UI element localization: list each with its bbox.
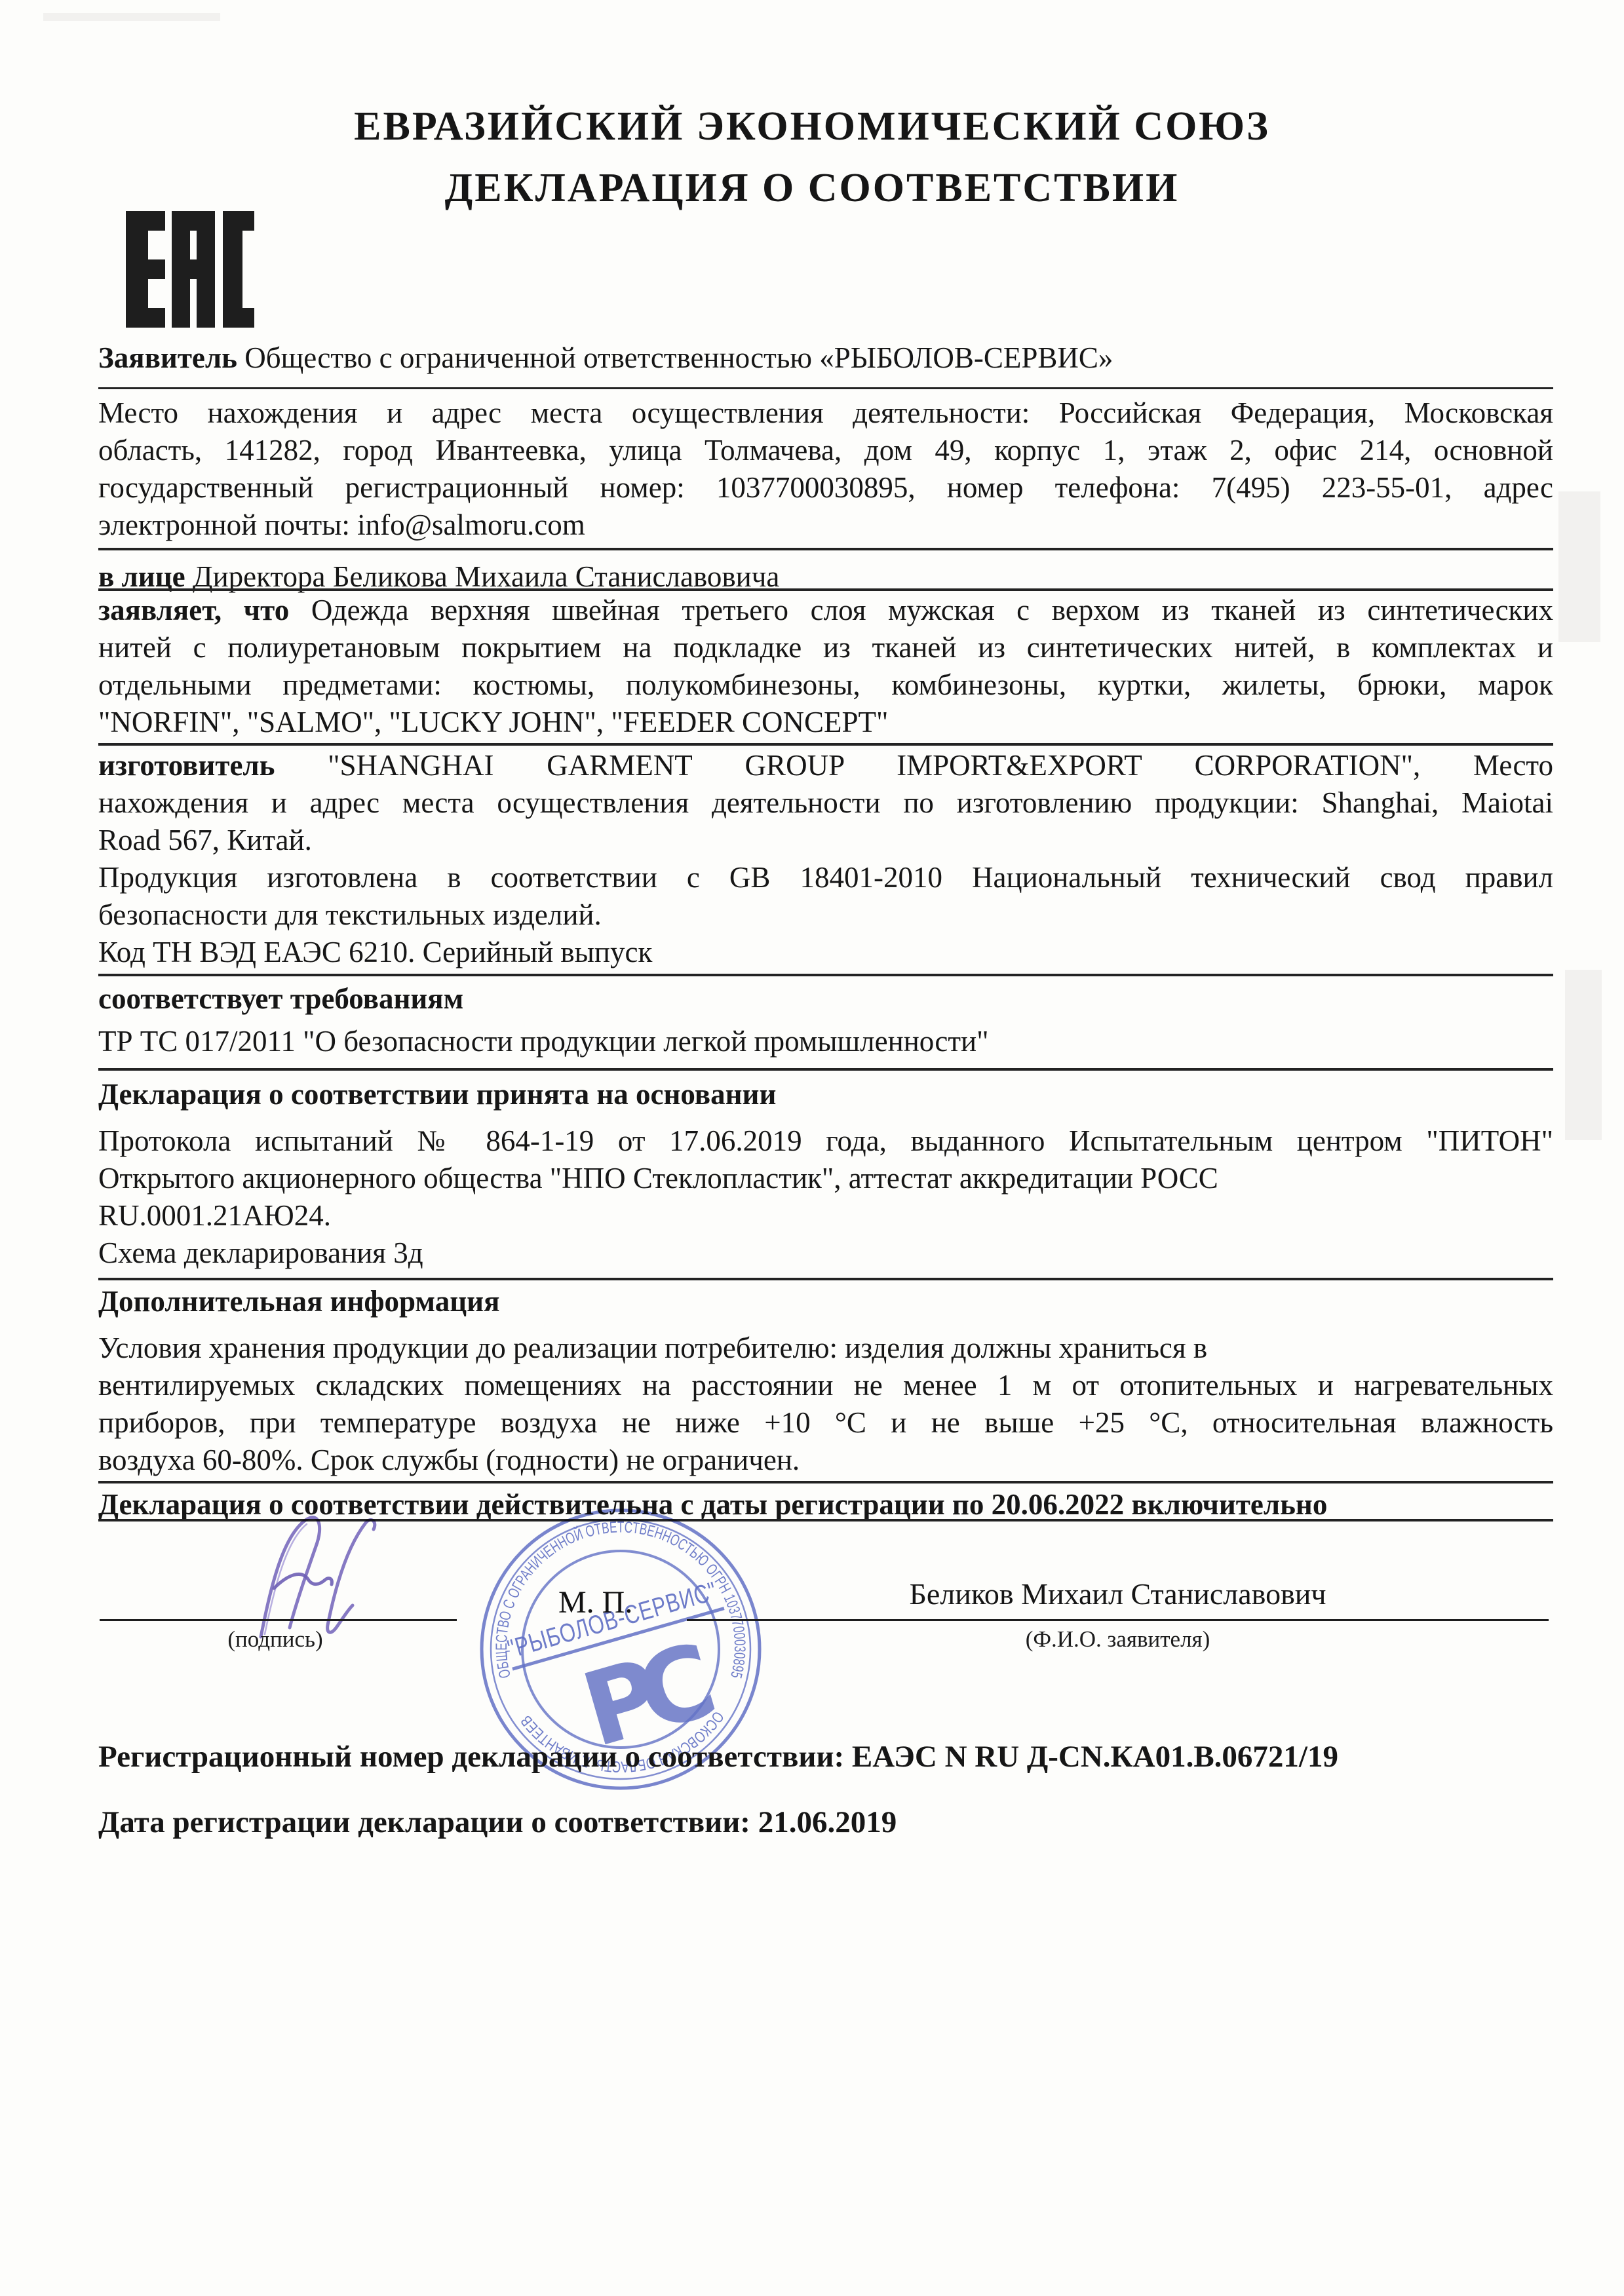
additional-info-line: Условия хранения продукции до реализации… (98, 1330, 1553, 1367)
declares-line: нитей с полиуретановым покрытием на подк… (98, 629, 1553, 666)
declares-label: заявляет, что (98, 594, 289, 626)
applicant-line: Заявитель Общество с ограниченной ответс… (98, 339, 1553, 377)
basis-scheme-line: Схема декларирования 3д (98, 1234, 1553, 1272)
fio-caption: (Ф.И.О. заявителя) (687, 1626, 1549, 1653)
conformity-regulation: ТР ТС 017/2011 "О безопасности продукции… (98, 1023, 1553, 1060)
signature-line (100, 1619, 457, 1621)
applicant-value: Общество с ограниченной ответственностью… (237, 341, 1113, 374)
document-type-title: ДЕКЛАРАЦИЯ О СООТВЕТСТВИИ (0, 157, 1624, 219)
registration-date-line: Дата регистрации декларации о соответств… (98, 1803, 1553, 1841)
additional-info-line: приборов, при температуре воздуха не ниж… (98, 1404, 1553, 1442)
tnved-code-line: Код ТН ВЭД ЕАЭС 6210. Серийный выпуск (98, 934, 1553, 971)
manufacturer-line: изготовитель "SHANGHAI GARMENT GROUP IMP… (98, 747, 1553, 784)
basis-heading: Декларация о соответствии принята на осн… (98, 1076, 1553, 1113)
divider (98, 1068, 1553, 1071)
additional-info-heading: Дополнительная информация (98, 1283, 1553, 1320)
divider (98, 743, 1553, 746)
manufacturer-value: "SHANGHAI GARMENT GROUP IMPORT&EXPORT CO… (275, 749, 1553, 782)
basis-section: Декларация о соответствии принята на осн… (98, 1076, 1553, 1272)
additional-info-section: Дополнительная информация Условия хранен… (98, 1283, 1553, 1479)
manufacturer-line: Road 567, Китай. (98, 822, 1553, 859)
additional-info-line: вентилируемых складских помещениях на ра… (98, 1367, 1553, 1404)
registration-number-line: Регистрационный номер декларации о соотв… (98, 1738, 1553, 1776)
address-line: Место нахождения и адрес места осуществл… (98, 394, 1553, 432)
address-section: Место нахождения и адрес места осуществл… (98, 394, 1553, 544)
divider (98, 1481, 1553, 1483)
address-line: электронной почты: info@salmoru.com (98, 507, 1553, 544)
applicant-fio-name: Беликов Михаил Станиславович (687, 1577, 1549, 1611)
manufacturer-line: нахождения и адрес места осуществления д… (98, 784, 1553, 822)
eac-mark-icon (126, 211, 254, 328)
manufacturer-line: Продукция изготовлена в соответствии с G… (98, 859, 1553, 896)
applicant-section: Заявитель Общество с ограниченной ответс… (98, 339, 1553, 377)
divider (98, 387, 1553, 389)
manufacturer-label: изготовитель (98, 749, 275, 782)
declares-value: Одежда верхняя швейная третьего слоя муж… (289, 594, 1553, 626)
basis-line: Протокола испытаний № 864-1-19 от 17.06.… (98, 1122, 1553, 1160)
scan-artifact (1565, 970, 1602, 1140)
declaration-page: ЕВРАЗИЙСКИЙ ЭКОНОМИЧЕСКИЙ СОЮЗ ДЕКЛАРАЦИ… (0, 0, 1624, 2296)
divider (98, 1278, 1553, 1280)
declares-section: заявляет, что Одежда верхняя швейная тре… (98, 592, 1553, 741)
basis-line: RU.0001.21АЮ24. (98, 1197, 1553, 1234)
fio-line (687, 1619, 1549, 1621)
declares-line: заявляет, что Одежда верхняя швейная тре… (98, 592, 1553, 629)
applicant-label: Заявитель (98, 341, 237, 374)
document-header: ЕВРАЗИЙСКИЙ ЭКОНОМИЧЕСКИЙ СОЮЗ ДЕКЛАРАЦИ… (0, 96, 1624, 219)
manufacturer-line: безопасности для текстильных изделий. (98, 896, 1553, 934)
declares-line: отдельными предметами: костюмы, полукомб… (98, 666, 1553, 704)
divider (98, 974, 1553, 976)
scan-artifact (43, 13, 220, 21)
address-line: государственный регистрационный номер: 1… (98, 469, 1553, 507)
signature-caption: (подпись) (177, 1626, 374, 1653)
address-line: область, 141282, город Ивантеевка, улица… (98, 432, 1553, 469)
manufacturer-section: изготовитель "SHANGHAI GARMENT GROUP IMP… (98, 747, 1553, 971)
additional-info-line: воздуха 60-80%. Срок службы (годности) н… (98, 1442, 1553, 1479)
conformity-section: соответствует требованиям ТР ТС 017/2011… (98, 980, 1553, 1060)
basis-line: Открытого акционерного общества "НПО Сте… (98, 1160, 1553, 1197)
stamp-place-label: М. П. (558, 1584, 632, 1620)
union-title: ЕВРАЗИЙСКИЙ ЭКОНОМИЧЕСКИЙ СОЮЗ (0, 96, 1624, 157)
divider (98, 548, 1553, 550)
divider (98, 588, 1553, 591)
scan-artifact (1558, 491, 1600, 642)
declares-line: "NORFIN", "SALMO", "LUCKY JOHN", "FEEDER… (98, 704, 1553, 741)
conformity-heading: соответствует требованиям (98, 980, 1553, 1018)
